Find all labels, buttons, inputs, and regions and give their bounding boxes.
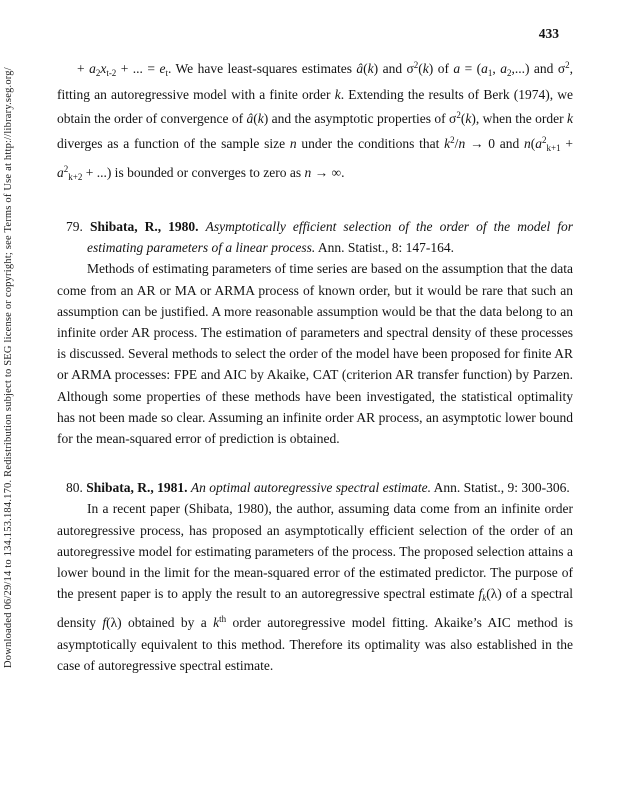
text-run: k+2	[68, 172, 82, 182]
text-run: ) and the asymptotic properties of σ	[264, 111, 457, 126]
text-run: + ...) is bounded or converges to zero a…	[82, 165, 304, 180]
text-run: → ∞.	[311, 165, 344, 180]
text-run: = (	[460, 61, 481, 76]
entry-abstract-80: In a recent paper (Shibata, 1980), the a…	[57, 498, 573, 676]
entry-abstract-79: Methods of estimating parameters of time…	[57, 258, 573, 449]
watermark-download-notice: Downloaded 06/29/14 to 134.153.184.170. …	[3, 67, 14, 668]
entry-number: 79.	[66, 219, 83, 234]
text-run: a	[57, 165, 64, 180]
text-run: k	[567, 111, 573, 126]
citation-authors: Shibata, R., 1980.	[90, 219, 199, 234]
text-run: Methods of estimating parameters of time…	[57, 261, 573, 446]
page-number: 433	[57, 26, 573, 42]
text-run: + ... =	[116, 61, 159, 76]
text-run: under the conditions that	[297, 136, 445, 151]
text-run: n	[524, 136, 531, 151]
text-run: ), when the order	[471, 111, 567, 126]
citation-journal-ref: Ann. Statist., 9: 300-306.	[434, 480, 570, 495]
bibliography-entry-79: 79. Shibata, R., 1980. Asymptotically ef…	[57, 216, 573, 449]
document-page: Downloaded 06/29/14 to 134.153.184.170. …	[0, 0, 617, 800]
page-content: 433 + a2xt-2 + ... = et. We have least-s…	[57, 26, 573, 676]
text-run: k+1	[547, 143, 561, 153]
text-run: n	[290, 136, 297, 151]
text-run: ) of	[429, 61, 454, 76]
text-run: diverges as a function of the sample siz…	[57, 136, 290, 151]
text-run: . We have least-squares estimates	[168, 61, 356, 76]
text-run: +	[77, 61, 89, 76]
text-run: (λ) obtained by a	[106, 615, 213, 630]
bibliography-entry-80: 80. Shibata, R., 1981. An optimal autore…	[57, 477, 573, 676]
citation-title: An optimal autoregressive spectral estim…	[191, 480, 431, 495]
text-run: → 0 and	[465, 136, 524, 151]
text-run: t-2	[106, 68, 116, 78]
citation-authors: Shibata, R., 1981.	[86, 480, 187, 495]
citation-journal-ref: Ann. Statist., 8: 147-164.	[318, 240, 454, 255]
continuation-paragraph: + a2xt-2 + ... = et. We have least-squar…	[57, 55, 573, 188]
text-run: a	[481, 61, 488, 76]
entry-number: 80.	[66, 480, 83, 495]
text-run: ) and σ	[374, 61, 414, 76]
text-run: a	[89, 61, 96, 76]
text-run: ,...) and σ	[512, 61, 566, 76]
text-run: a	[500, 61, 507, 76]
text-run: +	[561, 136, 573, 151]
citation-79: 79. Shibata, R., 1980. Asymptotically ef…	[57, 216, 573, 258]
citation-80: 80. Shibata, R., 1981. An optimal autore…	[57, 477, 573, 498]
text-run: a	[535, 136, 542, 151]
